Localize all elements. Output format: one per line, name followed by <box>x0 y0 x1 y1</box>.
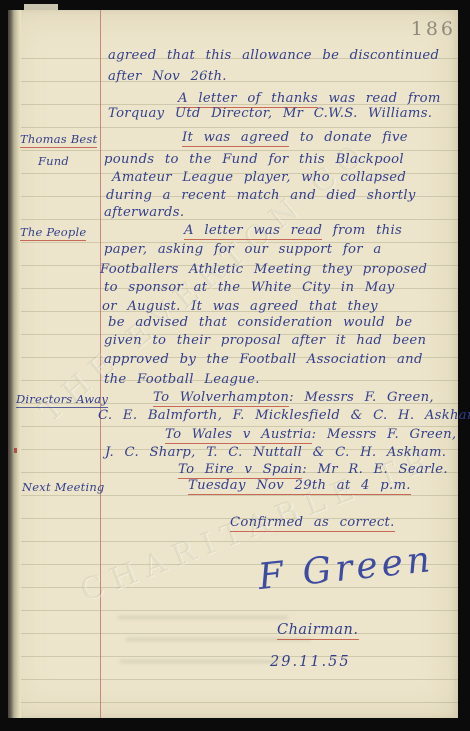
chairman-label: Chairman. <box>277 622 359 638</box>
phrase: agreed that this allowance be discontinu… <box>108 48 439 63</box>
confirmation-date: 29.11.55 <box>270 654 351 670</box>
phrase: from this <box>322 223 402 238</box>
minute-line: To Wolverhampton: Messrs F. Green, <box>153 390 434 405</box>
phrase: to sponsor at the White City in May <box>104 280 394 295</box>
minute-line: Footballers Athletic Meeting they propos… <box>100 262 427 277</box>
margin-note: Thomas Best <box>20 132 97 148</box>
minute-line: afterwards. <box>104 205 184 220</box>
phrase: or August. It was agreed that they <box>102 299 378 314</box>
margin-note: Next Meeting <box>22 480 105 494</box>
phrase: paper, asking for our support for a <box>104 242 382 257</box>
phrase: approved by the Football Association and <box>104 352 423 367</box>
phrase: pounds to the Fund for this Blackpool <box>104 152 404 167</box>
phrase: Amateur League player, who collapsed <box>112 170 406 185</box>
phrase: : Messrs F. Green, <box>289 390 434 405</box>
handwritten-body: agreed that this allowance be discontinu… <box>8 10 458 718</box>
minute-line: It was agreed to donate five <box>182 130 408 145</box>
minute-line: the Football League. <box>104 372 260 387</box>
phrase: the Football League. <box>104 372 260 387</box>
minute-line: or August. It was agreed that they <box>102 299 378 314</box>
minute-line: To Eire v Spain: Mr R. E. Searle. <box>178 462 448 477</box>
underlined-phrase: It was agreed <box>182 130 289 147</box>
phrase: : Mr R. E. Searle. <box>302 462 448 477</box>
minute-line: Amateur League player, who collapsed <box>112 170 406 185</box>
phrase: after Nov 26th. <box>108 69 227 84</box>
ink-bleedthrough <box>120 660 280 663</box>
phrase: J. C. Sharp, T. C. Nuttall & C. H. Askha… <box>105 445 446 460</box>
underlined-phrase: A letter was read <box>184 223 322 240</box>
margin-note: The People <box>20 225 86 241</box>
minute-line: be advised that consideration would be <box>108 315 412 330</box>
ink-bleedthrough <box>118 616 288 619</box>
phrase: Footballers Athletic Meeting they propos… <box>100 262 427 277</box>
minute-book-page: THE EVERTON CO CHARITABLE TR 186 agreed … <box>8 10 458 718</box>
minute-line: agreed that this allowance be discontinu… <box>108 48 439 63</box>
phrase: during a recent match and died shortly <box>106 188 416 203</box>
minute-line: given to their proposal after it had bee… <box>104 333 426 348</box>
underlined-phrase: Confirmed as correct. <box>230 515 395 532</box>
minute-line: C. E. Balmforth, F. Micklesfield & C. H.… <box>98 408 470 423</box>
minute-line: A letter of thanks was read from <box>178 91 441 106</box>
phrase: Torquay Utd Director, Mr C.W.S. Williams… <box>108 106 432 121</box>
underlined-phrase: To Wolverhampton <box>153 390 289 407</box>
underlined-phrase: To Wales v Austria <box>165 427 312 444</box>
phrase: afterwards. <box>104 205 184 220</box>
minute-line: paper, asking for our support for a <box>104 242 382 257</box>
chairman-label-text: Chairman. <box>277 622 359 640</box>
minute-line: J. C. Sharp, T. C. Nuttall & C. H. Askha… <box>105 445 446 460</box>
phrase: to donate five <box>289 130 408 145</box>
minute-line: approved by the Football Association and <box>104 352 423 367</box>
scanned-minute-book: THE EVERTON CO CHARITABLE TR 186 agreed … <box>0 0 470 731</box>
minute-line: Tuesday Nov 29th at 4 p.m. <box>188 478 411 493</box>
minute-line: pounds to the Fund for this Blackpool <box>104 152 404 167</box>
phrase: given to their proposal after it had bee… <box>104 333 426 348</box>
underlined-phrase: To Eire v Spain <box>178 462 302 479</box>
phrase: : Messrs F. Green, <box>312 427 457 442</box>
phrase: be advised that consideration would be <box>108 315 412 330</box>
margin-note: Directors Away <box>16 392 108 408</box>
minute-line: Torquay Utd Director, Mr C.W.S. Williams… <box>108 106 432 121</box>
phrase: C. E. Balmforth, F. Micklesfield & C. H.… <box>98 408 470 423</box>
minute-line: To Wales v Austria: Messrs F. Green, <box>165 427 456 442</box>
underlined-phrase: Tuesday Nov 29th at 4 p.m. <box>188 478 411 495</box>
minute-line: during a recent match and died shortly <box>106 188 416 203</box>
phrase: was read from <box>318 91 441 106</box>
margin-note: Fund <box>38 154 69 168</box>
minute-line: to sponsor at the White City in May <box>104 280 394 295</box>
minute-line: Confirmed as correct. <box>230 515 395 530</box>
minute-line: A letter was read from this <box>184 223 402 238</box>
minute-line: after Nov 26th. <box>108 69 227 84</box>
